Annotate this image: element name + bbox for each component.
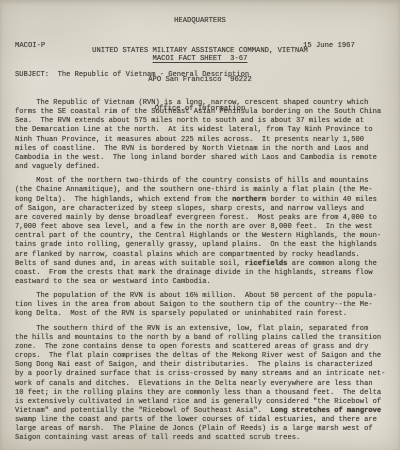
document-body: The Republic of Vietnam (RVN) is a long,…	[15, 99, 385, 449]
scanned-document-page: HEADQUARTERS UNITED STATES MILITARY ASSI…	[0, 0, 400, 450]
office-symbol: MACOI-P	[15, 42, 45, 50]
paragraph: Most of the northern two-thirds of the c…	[15, 177, 385, 287]
subject-line: SUBJECT: The Republic of Vietnam - Gener…	[15, 71, 249, 79]
paragraph: The population of the RVN is about 16½ m…	[15, 292, 385, 319]
paragraph: The Republic of Vietnam (RVN) is a long,…	[15, 99, 385, 172]
paragraph: The southern third of the RVN is an exte…	[15, 325, 385, 444]
document-date: 15 June 1967	[303, 42, 355, 50]
letterhead-headquarters: HEADQUARTERS	[0, 17, 400, 27]
fact-sheet-title: MACOI FACT SHEET 3-67	[0, 55, 400, 63]
